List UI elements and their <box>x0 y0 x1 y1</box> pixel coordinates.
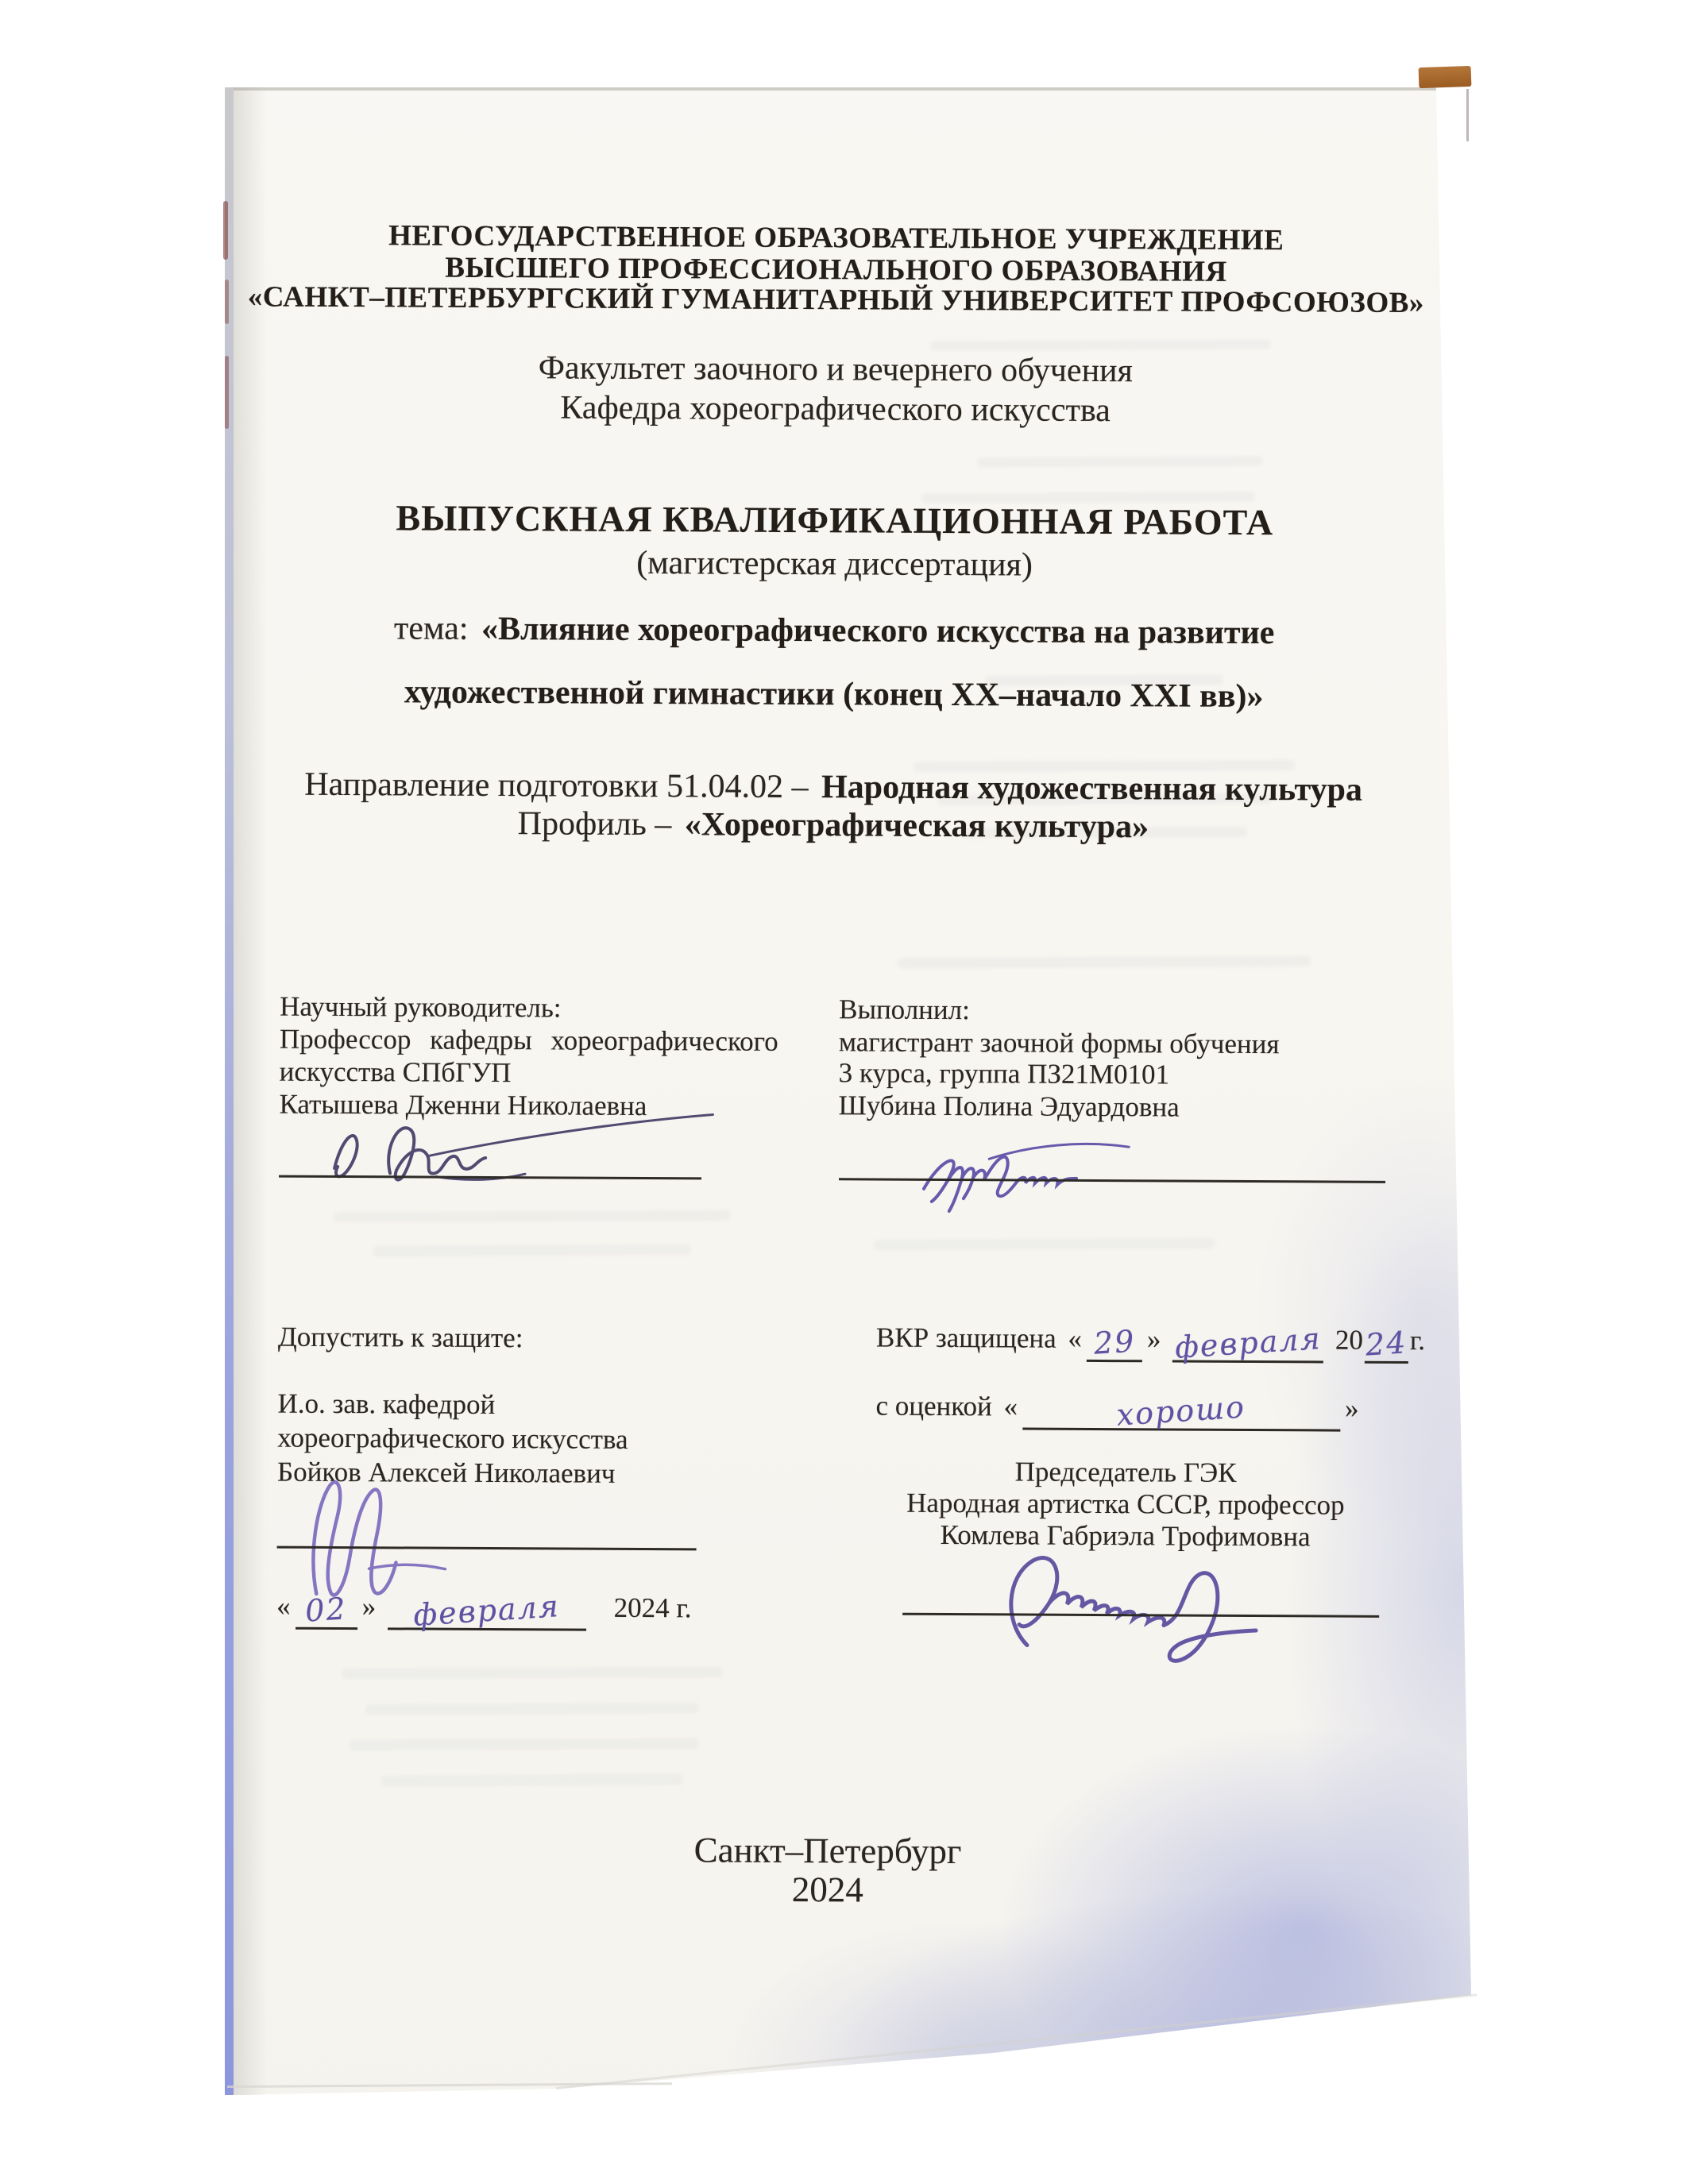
profile-label: Профиль – <box>518 805 672 843</box>
grade-handwritten: хорошо <box>1116 1389 1247 1432</box>
profile-line: Профиль – «Хореографическая культура» <box>231 802 1435 848</box>
author-signature <box>913 1129 1152 1221</box>
theme-label: тема: <box>394 610 469 646</box>
grade-line: с оценкой «хорошо» <box>875 1387 1358 1427</box>
defense-year-prefix: 20 <box>1335 1325 1363 1356</box>
open-quote: « <box>1068 1323 1082 1354</box>
year-line: 2024 <box>226 1865 1429 1914</box>
grade-blank: хорошо <box>1022 1393 1340 1432</box>
close-quote: » <box>362 1591 377 1622</box>
admission-year: 2024 г. <box>614 1592 692 1624</box>
author-line-2: 3 курса, группа ПЗ21М0101 <box>839 1056 1170 1090</box>
defense-month-handwritten: февраля <box>1174 1321 1323 1365</box>
theme-line-1: тема: «Влияние хореографического искусст… <box>233 608 1436 653</box>
faculty-line: Факультет заочного и вечернего обучения <box>234 346 1437 392</box>
open-quote: « <box>276 1591 291 1622</box>
page-content: НЕГОСУДАРСТВЕННОЕ ОБРАЗОВАТЕЛЬНОЕ УЧРЕЖД… <box>0 0 1688 2184</box>
admission-heading: Допустить к защите: <box>278 1321 523 1355</box>
approver-line-2: хореографического искусства <box>277 1422 628 1456</box>
defense-day-blank: 29 <box>1087 1325 1142 1362</box>
defense-month-blank: февраля <box>1172 1325 1323 1363</box>
institution-line-3: «САНКТ–ПЕТЕРБУРГСКИЙ ГУМАНИТАРНЫЙ УНИВЕР… <box>234 281 1438 319</box>
chair-signature <box>986 1542 1384 1679</box>
profile-value: «Хореографическая культура» <box>685 806 1149 845</box>
direction-label: Направление подготовки 51.04.02 – <box>304 766 809 805</box>
supervisor-position-1: Профессор кафедры хореографического <box>280 1023 778 1058</box>
direction-value: Народная художественная культура <box>821 769 1362 808</box>
work-subtype: (магистерская диссертация) <box>233 542 1436 586</box>
department-line: Кафедра хореографического искусства <box>234 386 1437 432</box>
defense-label: ВКР защищена <box>876 1322 1056 1354</box>
approver-line-1: И.о. зав. кафедрой <box>277 1387 495 1421</box>
supervisor-heading: Научный руководитель: <box>280 990 562 1024</box>
grade-label: с оценкой <box>875 1391 991 1422</box>
admission-date-line: «02» февраля 2024 г. <box>276 1588 692 1627</box>
defense-year-blank: 24 <box>1365 1326 1408 1364</box>
author-name: Шубина Полина Эдуардовна <box>838 1089 1179 1123</box>
scanned-title-page: НЕГОСУДАРСТВЕННОЕ ОБРАЗОВАТЕЛЬНОЕ УЧРЕЖД… <box>0 0 1688 2184</box>
admission-month-handwritten: февраля <box>412 1588 561 1633</box>
theme-text-1: «Влияние хореографического искусства на … <box>481 611 1275 651</box>
close-quote: » <box>1147 1323 1161 1354</box>
close-quote: » <box>1345 1393 1359 1424</box>
defense-day-handwritten: 29 <box>1092 1323 1136 1360</box>
theme-line-2: художественной гимнастики (конец XX–нача… <box>232 672 1435 716</box>
department-head-signature <box>289 1467 465 1603</box>
theme-text-2: художественной гимнастики (конец XX–нача… <box>404 673 1264 715</box>
work-type-title: ВЫПУСКНАЯ КВАЛИФИКАЦИОННАЯ РАБОТА <box>233 496 1436 544</box>
defense-year-unit: г. <box>1410 1325 1425 1356</box>
admission-month-blank: февраля <box>388 1592 586 1630</box>
admission-day-handwritten: 02 <box>304 1591 348 1628</box>
admission-day-blank: 02 <box>295 1592 357 1630</box>
chair-role: Председатель ГЭК <box>859 1454 1392 1490</box>
chair-title: Народная артистка СССР, профессор <box>859 1486 1392 1522</box>
author-heading: Выполнил: <box>839 993 970 1026</box>
defense-year-handwritten: 24 <box>1365 1325 1408 1362</box>
defense-date-line: ВКР защищена «29» февраля 2024г. <box>876 1319 1425 1360</box>
open-quote: « <box>1003 1391 1018 1422</box>
author-line-1: магистрант заочной формы обучения <box>839 1025 1280 1060</box>
supervisor-position-2: искусства СПбГУП <box>280 1055 512 1090</box>
